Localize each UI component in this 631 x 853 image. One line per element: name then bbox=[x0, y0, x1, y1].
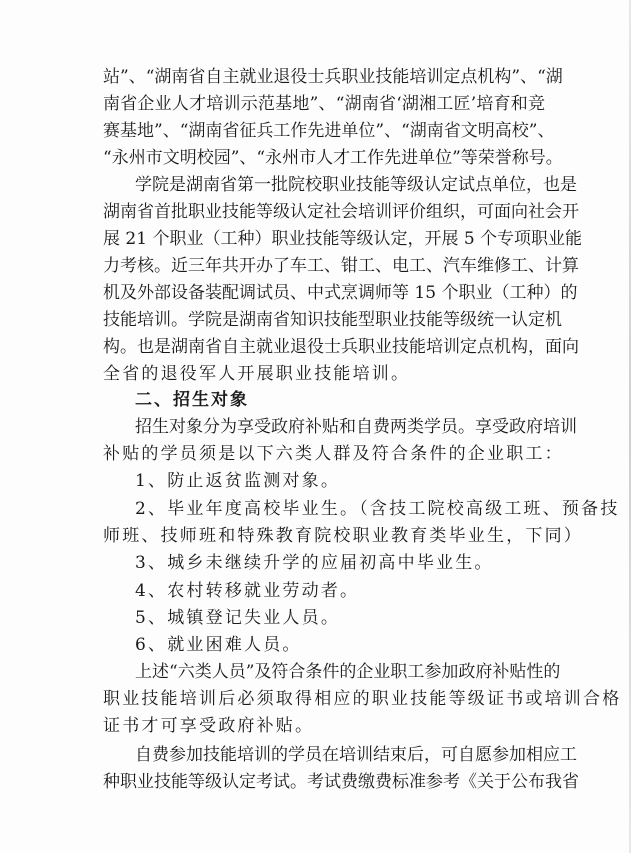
closing-line: 种职业技能等级认定考试。考试费缴费标准参考《关于公布我省 bbox=[103, 769, 545, 795]
section-heading: 二、招生对象 bbox=[135, 387, 545, 413]
paragraph-line: “永州市文明校园”、“永州市人才工作先进单位”等荣誉称号。 bbox=[103, 145, 545, 171]
document-page: 站”、“湖南省自主就业退役士兵职业技能培训定点机构”、“湖南省企业人才培训示范基… bbox=[0, 0, 631, 853]
intro-line: 补贴的学员须是以下六类人群及符合条件的企业职工： bbox=[103, 441, 545, 467]
paragraph-line: 构。也是湖南省自主就业退役士兵职业技能培训定点机构，面向 bbox=[103, 334, 545, 360]
intro-line: 招生对象分为享受政府补贴和自费两类学员。享受政府培训 bbox=[135, 414, 545, 440]
category-item-continuation: 师班、技师班和特殊教育院校职业教育类毕业生，下同） bbox=[103, 523, 545, 549]
paragraph-line: 机及外部设备装配调试员、中式烹调师等 15 个职业（工种）的 bbox=[103, 280, 545, 306]
category-item: 6、就业困难人员。 bbox=[135, 632, 545, 658]
paragraph-line: 湖南省首批职业技能等级认定社会培训评价组织，可面向社会开 bbox=[103, 199, 545, 225]
paragraph-line: 全省的退役军人开展职业技能培训。 bbox=[103, 361, 545, 387]
category-item: 5、城镇登记失业人员。 bbox=[135, 605, 545, 631]
paragraph-line: 展 21 个职业（工种）职业技能等级认定，开展 5 个专项职业能 bbox=[103, 226, 545, 252]
paragraph-line: 学院是湖南省第一批院校职业技能等级认定试点单位，也是 bbox=[135, 172, 545, 198]
category-item: 1、防止返贫监测对象。 bbox=[135, 468, 545, 494]
closing-line: 上述“六类人员”及符合条件的企业职工参加政府补贴性的 bbox=[135, 659, 545, 685]
paragraph-line: 力考核。近三年共开办了车工、钳工、电工、汽车维修工、计算 bbox=[103, 253, 545, 279]
closing-line: 职业技能培训后必须取得相应的职业技能等级证书或培训合格 bbox=[103, 686, 545, 712]
paragraph-line: 赛基地”、“湖南省征兵工作先进单位”、“湖南省文明高校”、 bbox=[103, 118, 545, 144]
category-item: 4、农村转移就业劳动者。 bbox=[135, 578, 545, 604]
paragraph-line: 南省企业人才培训示范基地”、“湖南省‘湖湘工匠’培育和竞 bbox=[103, 91, 545, 117]
paragraph-line: 技能培训。学院是湖南省知识技能型职业技能等级统一认定机 bbox=[103, 307, 545, 333]
closing-line: 自费参加技能培训的学员在培训结束后，可自愿参加相应工 bbox=[135, 742, 545, 768]
closing-line: 证书才可享受政府补贴。 bbox=[103, 713, 545, 739]
category-item: 2、毕业年度高校毕业生。（含技工院校高级工班、预备技 bbox=[135, 496, 545, 522]
paragraph-line: 站”、“湖南省自主就业退役士兵职业技能培训定点机构”、“湖 bbox=[103, 64, 545, 90]
category-item: 3、城乡未继续升学的应届初高中毕业生。 bbox=[135, 550, 545, 576]
